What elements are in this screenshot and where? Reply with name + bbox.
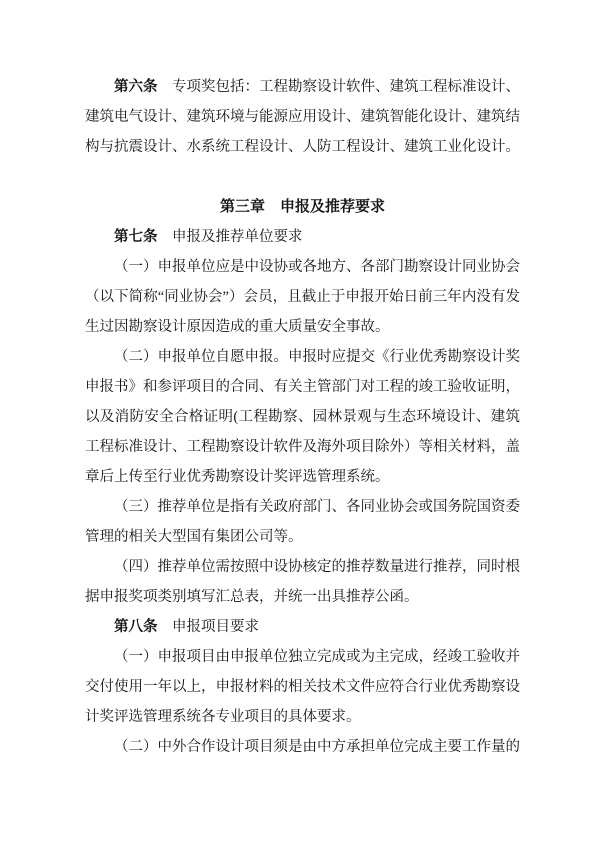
article-7-text: 申报及推荐单位要求 <box>172 229 303 245</box>
article-8-item-1-text: （一）申报项目由申报单位独立完成或为主完成，经竣工验收并交付使用一年以上，申报材… <box>85 649 520 725</box>
paragraph-article-7-item-3: （三）推荐单位是指有关政府部门、各同业协会或国务院国资委管理的相关大型国有集团公… <box>85 492 520 552</box>
article-7-item-2-text: （二）申报单位自愿申报。申报时应提交《行业优秀勘察设计奖申报书》和参评项目的合同… <box>85 349 520 485</box>
paragraph-article-7-item-1: （一）申报单位应是中设协或各地方、各部门勘察设计同业协会（以下简称“同业协会”）… <box>85 252 520 342</box>
paragraph-article-7-item-4: （四）推荐单位需按照中设协核定的推荐数量进行推荐，同时根据申报奖项类别填写汇总表… <box>85 552 520 612</box>
paragraph-article-8-item-1: （一）申报项目由申报单位独立完成或为主完成，经竣工验收并交付使用一年以上，申报材… <box>85 642 520 732</box>
article-7-item-1-text: （一）申报单位应是中设协或各地方、各部门勘察设计同业协会（以下简称“同业协会”）… <box>85 259 520 335</box>
paragraph-article-7-item-2: （二）申报单位自愿申报。申报时应提交《行业优秀勘察设计奖申报书》和参评项目的合同… <box>85 342 520 492</box>
article-6-number: 第六条 <box>114 79 158 95</box>
article-7-item-3-text: （三）推荐单位是指有关政府部门、各同业协会或国务院国资委管理的相关大型国有集团公… <box>85 499 520 545</box>
document-body: 第六条专项奖包括：工程勘察设计软件、建筑工程标准设计、建筑电气设计、建筑环境与能… <box>85 72 520 762</box>
article-7-number: 第七条 <box>114 229 158 245</box>
paragraph-article-8-item-2: （二）中外合作设计项目须是由中方承担单位完成主要工作量的 <box>85 732 520 762</box>
paragraph-article-8: 第八条申报项目要求 <box>85 612 520 642</box>
article-8-text: 申报项目要求 <box>172 619 259 635</box>
chapter-heading: 第三章申报及推荐要求 <box>85 192 520 222</box>
article-8-number: 第八条 <box>114 619 158 635</box>
chapter-title: 申报及推荐要求 <box>280 199 385 215</box>
article-8-item-2-text: （二）中外合作设计项目须是由中方承担单位完成主要工作量的 <box>114 739 520 755</box>
article-7-item-4-text: （四）推荐单位需按照中设协核定的推荐数量进行推荐，同时根据申报奖项类别填写汇总表… <box>85 559 520 605</box>
document-page: 第六条专项奖包括：工程勘察设计软件、建筑工程标准设计、建筑电气设计、建筑环境与能… <box>0 0 600 849</box>
paragraph-article-6: 第六条专项奖包括：工程勘察设计软件、建筑工程标准设计、建筑电气设计、建筑环境与能… <box>85 72 520 162</box>
paragraph-article-7: 第七条申报及推荐单位要求 <box>85 222 520 252</box>
chapter-number: 第三章 <box>220 199 265 215</box>
